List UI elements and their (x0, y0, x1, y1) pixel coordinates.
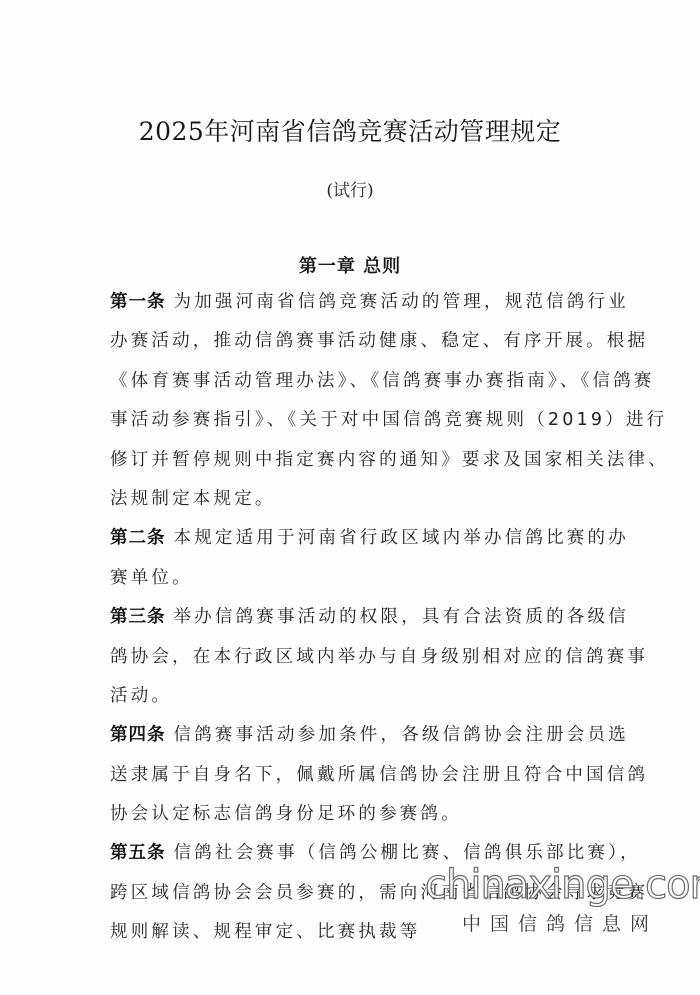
article-label: 第一条 (110, 292, 166, 312)
body-line: 第三条举办信鸽赛事活动的权限，具有合法资质的各级信 (110, 598, 670, 637)
line-text: 事活动参赛指引》、《关于对中国信鸽竞赛规则（2019）进行 (110, 410, 667, 430)
body-line: 协会认定标志信鸽身份足环的参赛鸽。 (110, 795, 670, 834)
document-subtitle: (试行) (0, 176, 700, 201)
article-label: 第三条 (110, 607, 166, 627)
article-label: 第二条 (110, 528, 166, 548)
body-line: 办赛活动，推动信鸽赛事活动健康、稳定、有序开展。根据 (110, 322, 670, 361)
body-line: 赛单位。 (110, 559, 670, 598)
line-text: 信鸽社会赛事（信鸽公棚比赛、信鸽俱乐部比赛）， (174, 843, 641, 863)
line-text: 本规定适用于河南省行政区域内举办信鸽比赛的办 (174, 528, 629, 548)
watermark-site-name: 中国信鸽信息网 (462, 915, 658, 934)
line-text: 举办信鸽赛事活动的权限，具有合法资质的各级信 (174, 607, 629, 627)
body-line: 事活动参赛指引》、《关于对中国信鸽竞赛规则（2019）进行 (110, 401, 670, 440)
document-body: 第一条为加强河南省信鸽竞赛活动的管理，规范信鸽行业 办赛活动，推动信鸽赛事活动健… (110, 283, 670, 953)
line-text: 《体育赛事活动管理办法》、《信鸽赛事办赛指南》、《信鸽赛 (110, 371, 655, 391)
line-text: 规则解读、规程审定、比赛执裁等 (110, 922, 421, 942)
line-text: 修订并暂停规则中指定赛内容的通知》要求及国家相关法律、 (110, 450, 669, 470)
line-text: 活动。 (110, 686, 172, 706)
body-line: 鸽协会，在本行政区域内举办与自身级别相对应的信鸽赛事 (110, 638, 670, 677)
line-text: 办赛活动，推动信鸽赛事活动健康、稳定、有序开展。根据 (110, 331, 648, 351)
line-text: 为加强河南省信鸽竞赛活动的管理，规范信鸽行业 (174, 292, 629, 312)
watermark-domain: chinaxinge.com (425, 865, 700, 905)
body-line: 第一条为加强河南省信鸽竞赛活动的管理，规范信鸽行业 (110, 283, 670, 322)
line-text: 法规制定本规定。 (110, 489, 276, 509)
line-text: 赛单位。 (110, 568, 193, 588)
article-label: 第四条 (110, 725, 166, 745)
body-line: 活动。 (110, 677, 670, 716)
line-text: 协会认定标志信鸽身份足环的参赛鸽。 (110, 804, 462, 824)
body-line: 法规制定本规定。 (110, 480, 670, 519)
document-page: 2025年河南省信鸽竞赛活动管理规定 (试行) 第一章 总则 第一条为加强河南省… (0, 0, 700, 995)
body-line: 第二条本规定适用于河南省行政区域内举办信鸽比赛的办 (110, 519, 670, 558)
document-title: 2025年河南省信鸽竞赛活动管理规定 (0, 112, 700, 148)
chapter-heading: 第一章 总则 (0, 252, 700, 278)
body-line: 送隶属于自身名下，佩戴所属信鸽协会注册且符合中国信鸽 (110, 756, 670, 795)
body-line: 修订并暂停规则中指定赛内容的通知》要求及国家相关法律、 (110, 441, 670, 480)
article-label: 第五条 (110, 843, 166, 863)
line-text: 鸽协会，在本行政区域内举办与自身级别相对应的信鸽赛事 (110, 647, 648, 667)
line-text: 送隶属于自身名下，佩戴所属信鸽协会注册且符合中国信鸽 (110, 765, 648, 785)
body-line: 第四条信鸽赛事活动参加条件，各级信鸽协会注册会员选 (110, 716, 670, 755)
body-line: 《体育赛事活动管理办法》、《信鸽赛事办赛指南》、《信鸽赛 (110, 362, 670, 401)
line-text: 信鸽赛事活动参加条件，各级信鸽协会注册会员选 (174, 725, 629, 745)
